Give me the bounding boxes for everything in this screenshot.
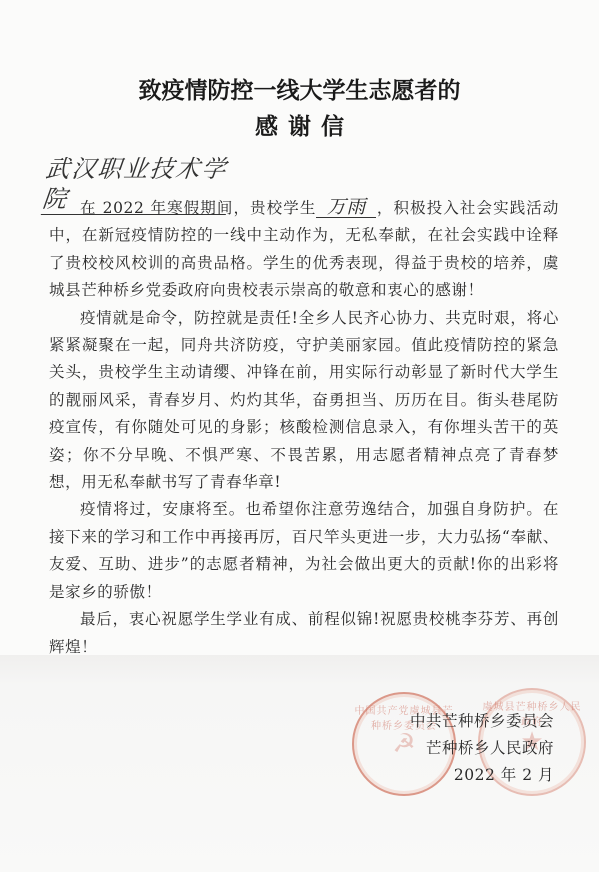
paragraph-2: 疫情就是命令，防控就是责任!全乡人民齐心协力、共克时艰，将心紧紧凝聚在一起，同舟… [49,305,559,497]
signature-date: 2022 年 2 月 [410,762,554,789]
signature-org-1: 中共芒种桥乡委员会 [410,708,554,735]
signature-block: 中共芒种桥乡委员会 芒种桥乡人民政府 2022 年 2 月 [410,708,554,789]
student-name-handwritten: 万雨 [316,197,376,218]
letter-title: 致疫情防控一线大学生志愿者的 [0,72,599,105]
letter-subtitle: 感谢信 [0,108,599,141]
signature-org-2: 芒种桥乡人民政府 [410,735,554,762]
letter-body: 在 2022 年寒假期间，贵校学生万雨，积极投入社会实践活动中，在新冠疫情防控的… [49,195,559,661]
paragraph-1-start: 在 2022 年寒假期间，贵校学生 [80,199,316,217]
paragraph-3: 疫情将过，安康将至。也希望你注意劳逸结合，加强自身防护。在接下来的学习和工作中再… [49,496,559,606]
paragraph-4: 最后，衷心祝愿学生学业有成、前程似锦!祝愿贵校桃李芬芳、再创辉煌！ [49,606,559,661]
paragraph-1: 在 2022 年寒假期间，贵校学生万雨，积极投入社会实践活动中，在新冠疫情防控的… [49,195,559,305]
